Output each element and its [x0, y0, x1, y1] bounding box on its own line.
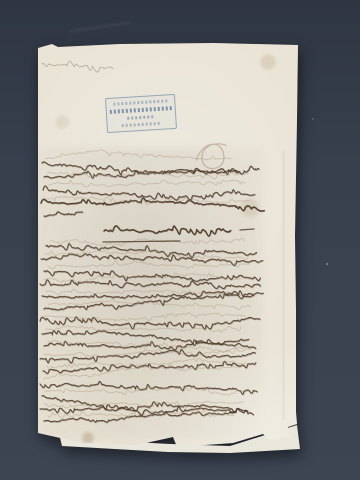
ink-flourish — [196, 144, 226, 169]
bleed-through-line — [48, 261, 250, 269]
handwriting-line — [40, 280, 261, 289]
handwriting-line-echo — [104, 227, 231, 237]
ink-rule — [240, 229, 254, 230]
ink-rule — [103, 241, 180, 242]
bleed-through-line — [47, 180, 246, 187]
bleed-through-line — [48, 300, 251, 310]
manuscript-page — [0, 0, 360, 480]
pencil-inscription — [42, 61, 113, 72]
manuscript-sheet-wrap — [0, 0, 360, 480]
photo — [0, 0, 360, 480]
handwriting-line-echo — [40, 382, 257, 395]
handwriting-svg — [0, 0, 360, 480]
handwriting-line — [44, 271, 260, 282]
bleed-through-line — [50, 238, 244, 246]
handwriting-line — [43, 186, 255, 200]
